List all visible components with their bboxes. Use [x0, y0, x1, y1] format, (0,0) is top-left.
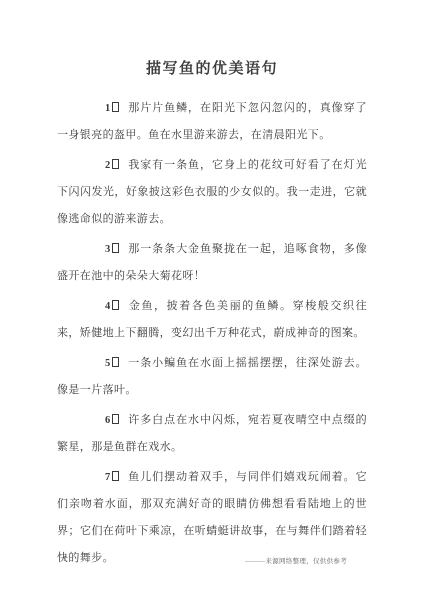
paragraph-text: 一条小鳊鱼在水面上摇摇摆摆，往深处游去。像是一片落叶。: [57, 357, 367, 396]
list-number: 6: [105, 415, 111, 426]
missing-glyph-box-icon: [112, 471, 119, 481]
paragraph-5: 5一条小鳊鱼在水面上摇摇摆摆，往深处游去。像是一片落叶。: [57, 350, 367, 404]
paragraph-6: 6许多白点在水中闪烁，宛若夏夜晴空中点缀的繁星，那是鱼群在戏水。: [57, 407, 367, 461]
missing-glyph-box-icon: [112, 102, 119, 112]
document-body: 1那片片鱼鳞，在阳光下忽闪忽闪的，真像穿了一身银亮的盔甲。鱼在水里游来游去，在清…: [57, 95, 367, 572]
missing-glyph-box-icon: [112, 159, 119, 169]
document-page: 描写鱼的优美语句 1那片片鱼鳞，在阳光下忽闪忽闪的，真像穿了一身银亮的盔甲。鱼在…: [0, 0, 424, 600]
paragraph-text: 我家有一条鱼，它身上的花纹可好看了在灯光下闪闪发光，好象披这彩色衣服的少女似的。…: [57, 159, 367, 225]
page-title: 描写鱼的优美语句: [0, 0, 424, 78]
paragraph-3: 3那一条条大金鱼聚拢在一起，追啄食物，多像盛开在池中的朵朵大菊花呀！: [57, 236, 367, 290]
footer-page-number: 1: [63, 554, 67, 563]
paragraph-2: 2我家有一条鱼，它身上的花纹可好看了在灯光下闪闪发光，好象披这彩色衣服的少女似的…: [57, 152, 367, 233]
missing-glyph-box-icon: [112, 357, 119, 367]
paragraph-text: 那一条条大金鱼聚拢在一起，追啄食物，多像盛开在池中的朵朵大菊花呀！: [57, 243, 367, 282]
list-number: 3: [105, 244, 111, 255]
paragraph-text: 许多白点在水中闪烁，宛若夏夜晴空中点缀的繁星，那是鱼群在戏水。: [57, 414, 367, 453]
list-number: 7: [105, 472, 111, 483]
paragraph-4: 4金鱼，披着各色美丽的鱼鳞。穿梭般交织往来，矫健地上下翻腾，变幻出千万种花式，蔚…: [57, 293, 367, 347]
missing-glyph-box-icon: [112, 414, 119, 424]
missing-glyph-box-icon: [112, 243, 119, 253]
footer-source-note: ———来源网络整理，仅供供参考: [245, 556, 347, 565]
paragraph-1: 1那片片鱼鳞，在阳光下忽闪忽闪的，真像穿了一身银亮的盔甲。鱼在水里游来游去，在清…: [57, 95, 367, 149]
list-number: 4: [105, 301, 111, 312]
list-number: 1: [105, 103, 111, 114]
list-number: 2: [105, 160, 111, 171]
missing-glyph-box-icon: [112, 300, 119, 310]
paragraph-text: 鱼儿们摆动着双手，与同伴们嬉戏玩闹着。它们亲吻着水面，那双充满好奇的眼睛仿佛想看…: [57, 471, 367, 564]
list-number: 5: [105, 358, 111, 369]
paragraph-text: 那片片鱼鳞，在阳光下忽闪忽闪的，真像穿了一身银亮的盔甲。鱼在水里游来游去，在清晨…: [57, 102, 367, 141]
paragraph-text: 金鱼，披着各色美丽的鱼鳞。穿梭般交织往来，矫健地上下翻腾，变幻出千万种花式，蔚成…: [57, 300, 367, 339]
